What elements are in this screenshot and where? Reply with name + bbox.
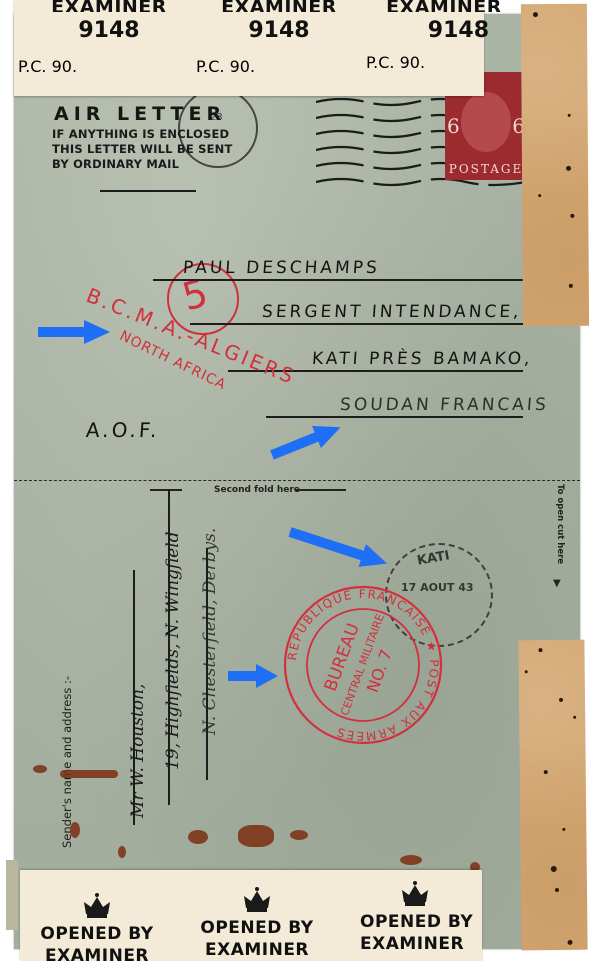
crown-icon	[242, 886, 272, 914]
stamp-value-left: 6	[447, 114, 460, 138]
crown-icon	[82, 892, 112, 920]
examiner-label-3: EXAMINER 9148	[369, 0, 519, 43]
opened-by-label-2: OPENED BY EXAMINER	[192, 886, 322, 960]
fold-arrow-left	[150, 489, 182, 491]
sender-rule-1	[133, 570, 135, 825]
address-line-1: PAUL DESCHAMPS	[182, 258, 380, 278]
sender-line-2: 19, Highfields, N. Wingfield	[163, 531, 183, 770]
brown-tape-bottom	[518, 640, 587, 951]
sender-line-3: N. Chesterfield, Derbys.	[200, 528, 220, 735]
examiner-label-2: EXAMINER 9148	[204, 0, 354, 43]
sender-rule-3	[206, 548, 208, 780]
address-line-2: SERGENT INTENDANCE,	[261, 302, 522, 322]
bureau-central-militaire-stamp: REPUBLIQUE FRANCAISE ★ POST AUX ARMEES B…	[282, 584, 444, 746]
address-rule-2	[190, 323, 523, 325]
opened-by-label-1: OPENED BY EXAMINER	[32, 892, 162, 961]
address-rule-1	[153, 279, 523, 281]
notice-line-1: IF ANYTHING IS ENCLOSED	[52, 127, 229, 141]
cut-here-label: To open cut here	[555, 484, 565, 564]
address-line-3: KATI PRÈS BAMAKO,	[311, 349, 533, 369]
fold-label: Second fold here	[214, 485, 300, 495]
censor-tape-top: EXAMINER 9148 EXAMINER 9148 EXAMINER 914…	[14, 0, 484, 96]
crown-icon	[400, 880, 430, 908]
king-portrait	[461, 92, 511, 152]
notice-line-2: THIS LETTER WILL BE SENT	[52, 142, 233, 156]
address-line-4: SOUDAN FRANCAIS	[339, 395, 549, 415]
censor-tape-bottom: OPENED BY EXAMINER OPENED BY EXAMINER OP…	[20, 870, 482, 961]
sender-line-1: Mr W. Houston,	[128, 684, 148, 818]
cut-arrow-icon: ▼	[553, 578, 561, 589]
notice-line-3: BY ORDINARY MAIL	[52, 157, 179, 171]
opened-by-label-3: OPENED BY EXAMINER	[360, 880, 482, 954]
pc-code-2: P.C. 90.	[196, 57, 255, 76]
letter-edge	[6, 860, 18, 930]
fold-line	[14, 480, 580, 481]
stamp-label: POSTAGE	[445, 162, 527, 176]
pc-code-3: P.C. 90.	[366, 53, 425, 72]
pc-code-1: P.C. 90.	[18, 57, 77, 76]
examiner-label-1: EXAMINER 9148	[34, 0, 184, 43]
brown-tape-top	[521, 4, 589, 326]
fold-arrow-right	[296, 489, 346, 491]
address-rule-4	[266, 416, 523, 418]
territory-aof: A.O.F.	[85, 418, 160, 442]
air-letter-title: AIR LETTER	[54, 103, 226, 125]
heading-rule	[100, 190, 196, 192]
sender-rule-2	[168, 490, 170, 805]
